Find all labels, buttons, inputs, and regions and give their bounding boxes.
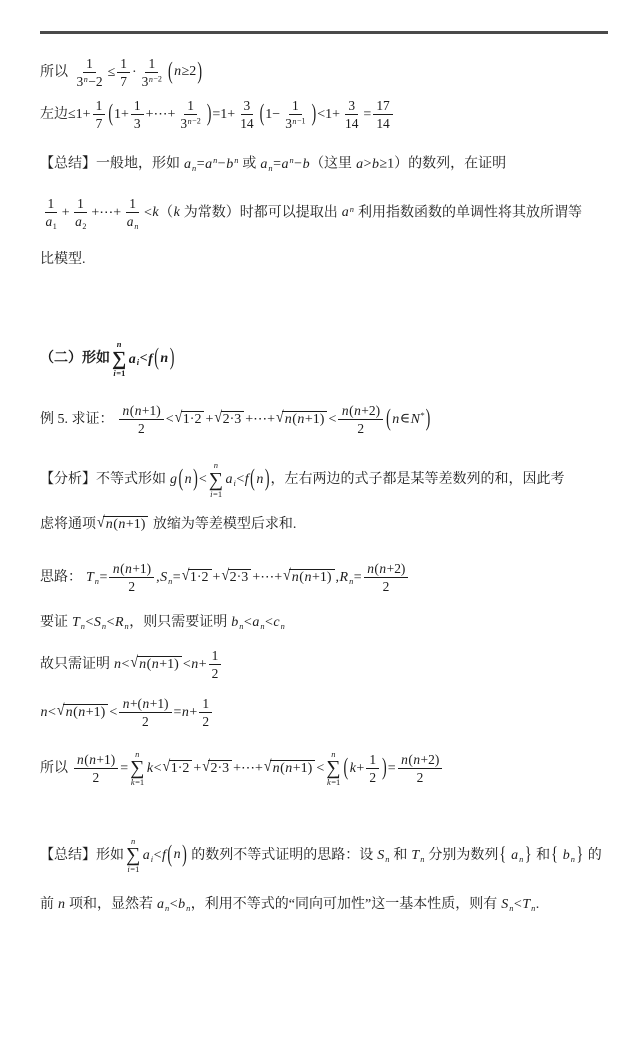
radical-sign-icon: √ [264, 760, 272, 776]
radical: √n(n+1) [276, 411, 327, 428]
fraction: 12 [209, 648, 222, 681]
fraction: n(n+1)2 [109, 561, 154, 594]
math-variable: k [130, 777, 135, 787]
radical-sign-icon: √ [163, 760, 171, 776]
radical-sign-icon: √ [57, 704, 65, 720]
parenthesized-group: (1−13n−1) [259, 97, 318, 132]
math-variable: n [289, 156, 294, 165]
math-variable: n [80, 622, 85, 631]
radical: √2·3 [214, 411, 244, 428]
fraction: 17 [117, 56, 130, 89]
math-variable: b [302, 157, 310, 172]
math-variable: n [401, 752, 409, 767]
math-variable: n [213, 156, 218, 165]
math-variable: T [72, 615, 81, 630]
math-variable: n [83, 75, 88, 84]
math-variable: n [260, 622, 265, 631]
parenthesized-group: (n) [166, 846, 187, 865]
math-variable: b [178, 897, 186, 912]
parenthesized-group: (n) [249, 471, 270, 490]
radical: √n(n+1) [264, 760, 315, 777]
radical-sign-icon: √ [221, 569, 229, 585]
math-line: 要证 Tn<Sn<Rn，则只需要证明 bn<an<cn [40, 614, 615, 633]
math-variable: i [136, 358, 139, 367]
fraction: 17 [93, 98, 106, 131]
radical: √1·2 [182, 569, 212, 586]
math-variable: n [304, 570, 312, 585]
math-variable: n [78, 705, 86, 720]
math-line: 所以 n(n+1)2=n∑k=1k<√1·2+√2·3+⋯+√n(n+1)<n∑… [40, 750, 615, 788]
radical-sign-icon: √ [283, 569, 291, 585]
parenthesized-group: (n∈N*) [385, 410, 431, 430]
math-variable: n [234, 156, 239, 165]
math-variable: i [233, 479, 236, 488]
math-variable: n [349, 577, 354, 586]
math-variable: n [134, 403, 142, 418]
math-variable: n [173, 847, 181, 862]
math-variable: i [210, 489, 213, 499]
math-variable: a [205, 157, 213, 172]
math-line: 所以 13n−2≤17·13n−2(n≥2) [40, 55, 615, 90]
math-variable: n [420, 855, 425, 864]
math-variable: n [94, 577, 99, 586]
fraction: n(n+2)2 [398, 752, 443, 785]
radical: √n(n+1) [283, 569, 334, 586]
fraction: 13 [131, 98, 144, 131]
radical-sign-icon: √ [175, 411, 183, 427]
math-variable: n [77, 752, 85, 767]
math-variable: i [113, 368, 116, 378]
fraction: 13n−2 [74, 56, 106, 89]
radical: √1·2 [175, 411, 205, 428]
math-line: 【总结】一般地，形如 an=an−bn 或 an=an−b（这里 a>b≥1）的… [40, 155, 615, 175]
fraction: n+(n+1)2 [119, 696, 171, 729]
math-variable: k [146, 761, 153, 776]
math-variable: k [326, 777, 331, 787]
fraction: 314 [237, 98, 256, 131]
math-variable: n [291, 570, 299, 585]
fraction: 1714 [373, 98, 392, 131]
radical-sign-icon: √ [202, 760, 210, 776]
sigma-icon: ∑ [209, 471, 223, 490]
summation: n∑k=1 [326, 750, 340, 788]
math-variable: S [160, 570, 168, 585]
math-variable: n [268, 164, 273, 173]
math-variable: T [522, 897, 531, 912]
math-variable: n [58, 897, 66, 912]
math-variable: n [105, 517, 113, 532]
radical-sign-icon: √ [214, 411, 222, 427]
math-variable: a [45, 214, 53, 229]
math-variable: n [122, 403, 130, 418]
fraction: 314 [342, 98, 361, 131]
fraction: n(n+1)2 [119, 403, 164, 436]
math-variable: n [413, 752, 421, 767]
math-variable: n [118, 517, 126, 532]
summation: n∑i=1 [126, 837, 140, 875]
parenthesized-group: (n≥2) [167, 63, 203, 82]
fraction: 1a1 [42, 196, 60, 231]
document-page: 所以 13n−2≤17·13n−2(n≥2)左边≤1+17(1+13+⋯+13n… [0, 0, 644, 1042]
fraction: 12 [366, 752, 379, 785]
math-variable: n [354, 403, 362, 418]
math-variable: n [114, 657, 122, 672]
math-variable: n [174, 64, 182, 79]
math-variable: n [125, 561, 133, 576]
math-variable: n [367, 561, 375, 576]
radical-sign-icon: √ [276, 411, 284, 427]
parenthesized-group: (k+12) [343, 751, 388, 786]
math-variable: a [252, 615, 260, 630]
radical-sign-icon: √ [182, 569, 190, 585]
math-variable: n [112, 561, 120, 576]
math-variable: T [86, 570, 95, 585]
math-line: 思路： Tn=n(n+1)2,Sn=√1·2+√2·3+⋯+√n(n+1),Rn… [40, 560, 615, 595]
math-line: 虑将通项√n(n+1) 放缩为等差模型后求和. [40, 516, 615, 535]
math-variable: n [142, 696, 150, 711]
parenthesized-group: (n) [178, 471, 199, 490]
fraction: 1a2 [72, 196, 90, 231]
math-variable: n [285, 761, 293, 776]
math-variable: n [139, 657, 147, 672]
math-variable: n [349, 205, 354, 214]
math-variable: R [339, 570, 349, 585]
math-line: n<√n(n+1)<n+(n+1)2=n+12 [40, 695, 615, 730]
math-variable: i [127, 864, 130, 874]
math-variable: k [349, 761, 356, 776]
sigma-icon: ∑ [126, 846, 140, 865]
math-variable: n [192, 164, 197, 173]
radical: √2·3 [202, 760, 232, 777]
math-content: 所以 13n−2≤17·13n−2(n≥2)左边≤1+17(1+13+⋯+13n… [40, 44, 615, 915]
summation: n∑k=1 [130, 750, 144, 788]
math-variable: b [231, 615, 239, 630]
math-variable: n [191, 657, 199, 672]
math-variable: n [184, 472, 192, 487]
math-variable: n [181, 705, 189, 720]
math-variable: T [411, 848, 420, 863]
fraction: 13n−1 [282, 98, 308, 131]
math-variable: n [292, 117, 297, 126]
radical: √n(n+1) [57, 704, 108, 721]
math-variable: n [297, 412, 305, 427]
math-line: 【总结】形如n∑i=1ai<f(n) 的数列不等式证明的思路：设 Sn 和 Tn… [40, 837, 615, 875]
math-variable: a [225, 472, 233, 487]
fraction: 13n−2 [177, 98, 203, 131]
math-variable: n [165, 904, 170, 913]
fraction: n(n+2)2 [338, 403, 383, 436]
math-variable: a [184, 157, 192, 172]
fraction: n(n+1)2 [74, 752, 119, 785]
math-variable: a [260, 157, 268, 172]
parenthesized-group: (n) [153, 350, 175, 369]
sigma-icon: ∑ [130, 759, 144, 778]
math-variable: S [377, 848, 385, 863]
fraction: 12 [199, 696, 212, 729]
fraction: 13n−2 [139, 56, 165, 89]
math-line: 左边≤1+17(1+13+⋯+13n−2)=1+314(1−13n−1)<1+3… [40, 97, 615, 132]
math-variable: n [239, 622, 244, 631]
math-variable: k [152, 205, 159, 220]
math-variable: a [356, 157, 364, 172]
math-variable: n [186, 904, 191, 913]
math-variable: S [501, 897, 509, 912]
math-line: 例 5. 求证： n(n+1)2<√1·2+√2·3+⋯+√n(n+1)<n(n… [40, 402, 615, 437]
math-line: 故只需证明 n<√n(n+1)<n+12 [40, 647, 615, 682]
parenthesized-group: (1+13+⋯+13n−2) [107, 97, 212, 132]
math-variable: a [281, 157, 289, 172]
math-variable: a [126, 214, 134, 229]
summation: n∑i=1 [209, 461, 223, 499]
math-variable: i [150, 855, 153, 864]
fraction: 1an [123, 196, 142, 231]
math-line: 前 n 项和，显然若 an<bn，利用不等式的“同向可加性”这一基本性质，则有 … [40, 896, 615, 915]
math-variable: n [148, 75, 153, 84]
math-line: 比模型. [40, 251, 615, 270]
math-variable: N [410, 412, 420, 427]
math-variable: a [511, 848, 519, 863]
math-variable: n [124, 622, 129, 631]
math-variable: g [170, 472, 178, 487]
summation: n∑i=1 [112, 340, 126, 378]
top-horizontal-rule [40, 31, 608, 34]
math-variable: n [531, 904, 536, 913]
math-variable: n [151, 657, 159, 672]
math-variable: n [89, 752, 97, 767]
radical-sign-icon: √ [97, 516, 105, 532]
math-variable: n [256, 472, 264, 487]
math-line: 1a1+1a2+⋯+1an<k（k 为常数）时都可以提取出 an 利用指数函数的… [40, 195, 615, 232]
fraction: n(n+2)2 [364, 561, 409, 594]
math-variable: a [157, 897, 165, 912]
math-variable: k [173, 205, 180, 220]
math-variable: n [65, 705, 73, 720]
math-line: （二）形如n∑i=1ai<f(n) [40, 340, 615, 378]
math-variable: n [168, 577, 173, 586]
radical: √1·2 [163, 760, 193, 777]
sigma-icon: ∑ [326, 759, 340, 778]
math-variable: b [371, 157, 379, 172]
math-variable: n [385, 855, 390, 864]
math-variable: R [114, 615, 124, 630]
radical: √n(n+1) [97, 516, 148, 533]
math-variable: n [392, 412, 400, 427]
radical: √n(n+1) [130, 656, 181, 673]
math-line: 【分析】不等式形如 g(n)<n∑i=1ai<f(n)，左右两边的式子都是某等差… [40, 461, 615, 499]
math-variable: n [280, 622, 285, 631]
radical: √2·3 [221, 569, 251, 586]
math-variable: n [40, 705, 48, 720]
radical-sign-icon: √ [130, 656, 138, 672]
math-variable: n [509, 904, 514, 913]
math-variable: n [272, 761, 280, 776]
math-variable: n [284, 412, 292, 427]
math-variable: n [187, 117, 192, 126]
sigma-icon: ∑ [112, 350, 126, 369]
math-variable: n [379, 561, 387, 576]
math-variable: n [160, 351, 169, 366]
math-variable: n [134, 222, 139, 231]
math-variable: n [341, 403, 349, 418]
math-variable: n [122, 696, 130, 711]
math-variable: n [101, 622, 106, 631]
math-variable: b [226, 157, 234, 172]
